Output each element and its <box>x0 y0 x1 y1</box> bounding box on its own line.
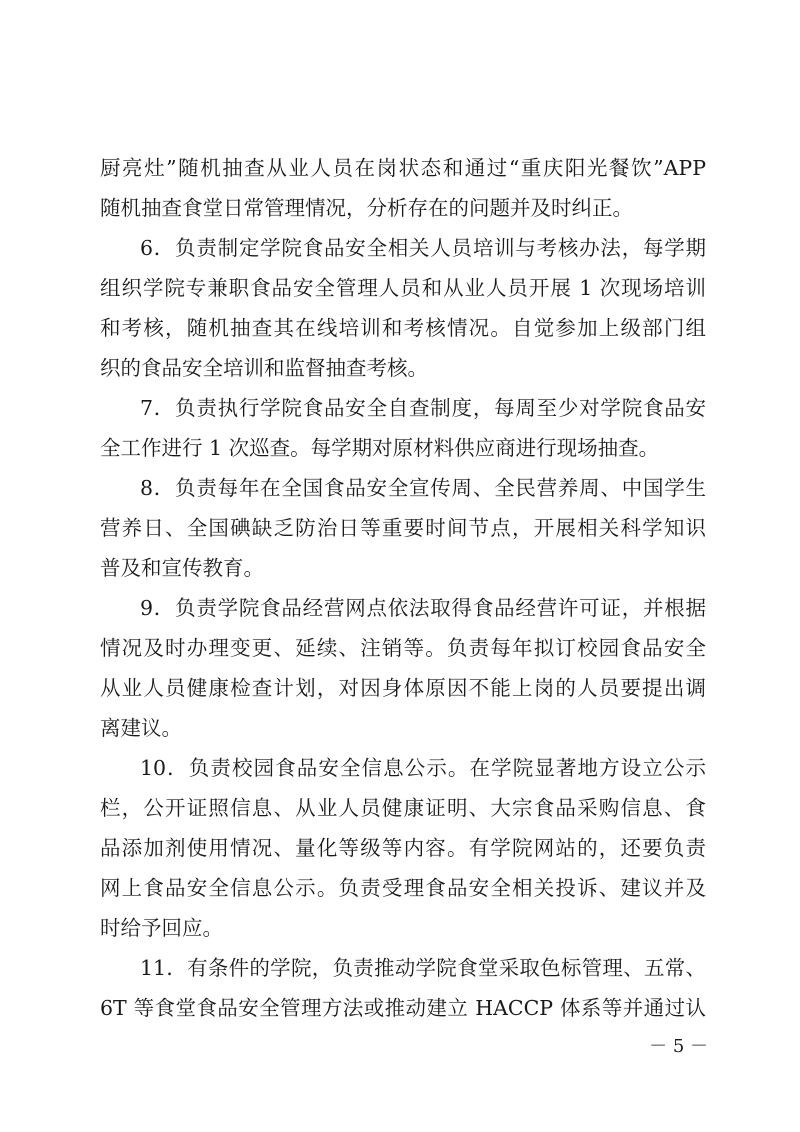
paragraph-8-start: 8．负责每年在全国食品安全宣传周、全民营养周、中国学生 <box>100 468 706 508</box>
text-line: 组织学院专兼职食品安全管理人员和从业人员开展 1 次现场培训 <box>100 268 706 308</box>
text-line: 厨亮灶”随机抽查从业人员在岗状态和通过“重庆阳光餐饮”APP <box>100 148 706 188</box>
text-line: 6T 等食堂食品安全管理方法或推动建立 HACCP 体系等并通过认 <box>100 988 706 1028</box>
text-line: 栏，公开证照信息、从业人员健康证明、大宗食品采购信息、食 <box>100 788 706 828</box>
paragraph-6-start: 6．负责制定学院食品安全相关人员培训与考核办法，每学期 <box>100 228 706 268</box>
text-line: 品添加剂使用情况、量化等级等内容。有学院网站的，还要负责 <box>100 828 706 868</box>
body-text: 厨亮灶”随机抽查从业人员在岗状态和通过“重庆阳光餐饮”APP 随机抽查食堂日常管… <box>100 148 706 1028</box>
text-line: 营养日、全国碘缺乏防治日等重要时间节点，开展相关科学知识 <box>100 508 706 548</box>
paragraph-9-start: 9．负责学院食品经营网点依法取得食品经营许可证，并根据 <box>100 588 706 628</box>
text-line: 时给予回应。 <box>100 908 706 948</box>
document-page: 厨亮灶”随机抽查从业人员在岗状态和通过“重庆阳光餐饮”APP 随机抽查食堂日常管… <box>0 0 800 1132</box>
paragraph-11-start: 11．有条件的学院，负责推动学院食堂采取色标管理、五常、 <box>100 948 706 988</box>
text-line: 和考核，随机抽查其在线培训和考核情况。自觉参加上级部门组 <box>100 308 706 348</box>
text-line: 全工作进行 1 次巡查。每学期对原材料供应商进行现场抽查。 <box>100 428 706 468</box>
text-line: 情况及时办理变更、延续、注销等。负责每年拟订校园食品安全 <box>100 628 706 668</box>
text-line: 织的食品安全培训和监督抽查考核。 <box>100 348 706 388</box>
text-line: 随机抽查食堂日常管理情况，分析存在的问题并及时纠正。 <box>100 188 706 228</box>
paragraph-10-start: 10．负责校园食品安全信息公示。在学院显著地方设立公示 <box>100 748 706 788</box>
text-line: 离建议。 <box>100 708 706 748</box>
text-line: 普及和宣传教育。 <box>100 548 706 588</box>
text-line: 从业人员健康检查计划，对因身体原因不能上岗的人员要提出调 <box>100 668 706 708</box>
paragraph-7-start: 7．负责执行学院食品安全自查制度，每周至少对学院食品安 <box>100 388 706 428</box>
page-number: － 5 － <box>638 1032 708 1062</box>
text-line: 网上食品安全信息公示。负责受理食品安全相关投诉、建议并及 <box>100 868 706 908</box>
